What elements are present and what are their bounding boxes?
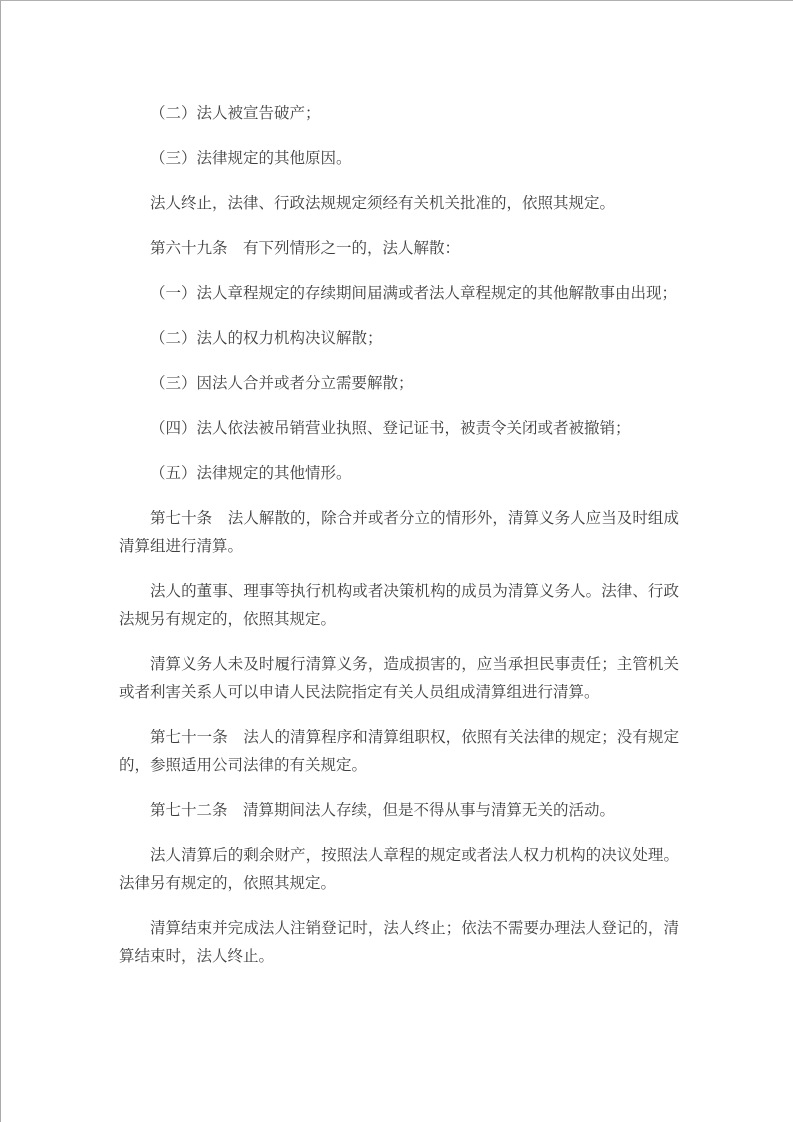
- article-69-item-2: （二）法人的权力机构决议解散；: [119, 325, 679, 353]
- article-70-para-3: 清算义务人未及时履行清算义务，造成损害的，应当承担民事责任；主管机关或者利害关系…: [119, 651, 679, 707]
- article-72-para-1: 第七十二条 清算期间法人存续，但是不得从事与清算无关的活动。: [119, 797, 679, 825]
- article-70-para-1: 第七十条 法人解散的，除合并或者分立的情形外，清算义务人应当及时组成清算组进行清…: [119, 505, 679, 561]
- article-69-item-1: （一）法人章程规定的存续期间届满或者法人章程规定的其他解散事由出现；: [119, 280, 679, 308]
- article-69-item-3: （三）因法人合并或者分立需要解散；: [119, 370, 679, 398]
- article-69-lead: 第六十九条 有下列情形之一的，法人解散：: [119, 235, 679, 263]
- subitem-3: （三）法律规定的其他原因。: [119, 145, 679, 173]
- article-72-para-2: 法人清算后的剩余财产，按照法人章程的规定或者法人权力机构的决议处理。法律另有规定…: [119, 842, 679, 898]
- subitem-2: （二）法人被宣告破产；: [119, 100, 679, 128]
- document-body: （二）法人被宣告破产； （三）法律规定的其他原因。 法人终止，法律、行政法规规定…: [119, 100, 679, 988]
- article-69-item-5: （五）法律规定的其他情形。: [119, 460, 679, 488]
- article-69-item-4: （四）法人依法被吊销营业执照、登记证书，被责令关闭或者被撤销；: [119, 415, 679, 443]
- document-page: （二）法人被宣告破产； （三）法律规定的其他原因。 法人终止，法律、行政法规规定…: [0, 0, 793, 1122]
- article-70-para-2: 法人的董事、理事等执行机构或者决策机构的成员为清算义务人。法律、行政法规另有规定…: [119, 578, 679, 634]
- article-72-para-3: 清算结束并完成法人注销登记时，法人终止；依法不需要办理法人登记的，清算结束时，法…: [119, 915, 679, 971]
- paragraph-approval-rule: 法人终止，法律、行政法规规定须经有关机关批准的，依照其规定。: [119, 190, 679, 218]
- article-71: 第七十一条 法人的清算程序和清算组职权，依照有关法律的规定；没有规定的，参照适用…: [119, 724, 679, 780]
